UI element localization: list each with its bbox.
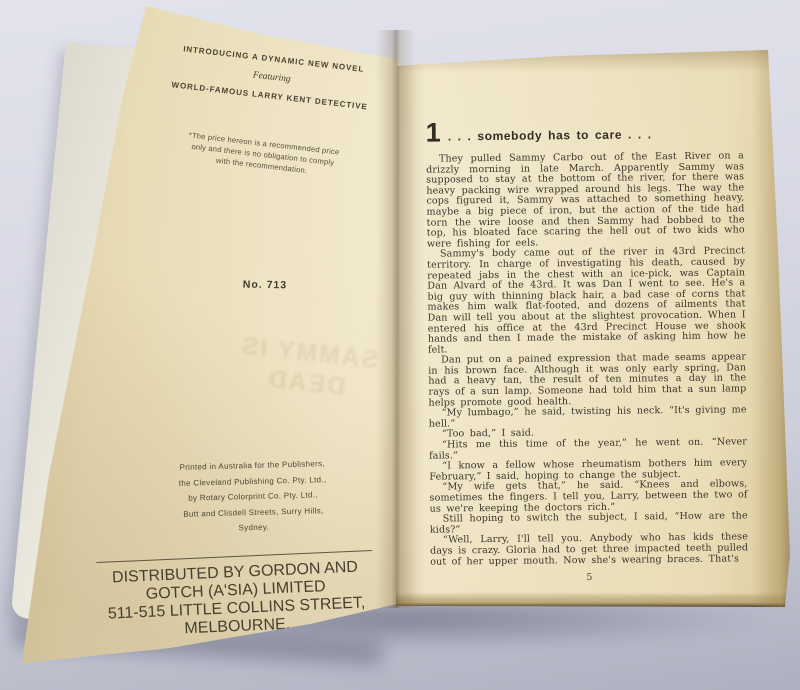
book-gutter: [376, 30, 416, 608]
paragraph: “Well, Larry, I'll tell you. Anybody who…: [430, 533, 748, 568]
book-photo: SAMMY IS DEAD INTRODUCING A DYNAMIC NEW …: [0, 0, 800, 690]
paragraph: Sammy's body came out of the river in 43…: [427, 247, 746, 356]
page-number: 5: [430, 570, 748, 584]
paragraph: “My wife gets that,” he said. “Knees and…: [429, 480, 747, 515]
paragraph: They pulled Sammy Carbo out of the East …: [426, 151, 745, 250]
chapter-heading: 1 . . . somebody has to care . . .: [426, 118, 744, 143]
show-through-ghost-text: SAMMY IS DEAD: [212, 328, 402, 407]
printer-imprint: Printed in Australia for the Publishers,…: [145, 455, 361, 538]
chapter-title: . . . somebody has to care . . .: [448, 127, 652, 143]
chapter-number: 1: [426, 122, 441, 144]
chapter-content: 1 . . . somebody has to care . . . They …: [426, 118, 749, 584]
promo-block: INTRODUCING A DYNAMIC NEW NOVEL Featurin…: [150, 42, 386, 184]
price-note: *The price hereon is a recommended price…: [150, 125, 376, 183]
body-text: They pulled Sammy Carbo out of the East …: [426, 151, 748, 567]
paragraph: Dan put on a pained expression that made…: [428, 353, 747, 409]
issue-number: No. 713: [195, 278, 335, 292]
